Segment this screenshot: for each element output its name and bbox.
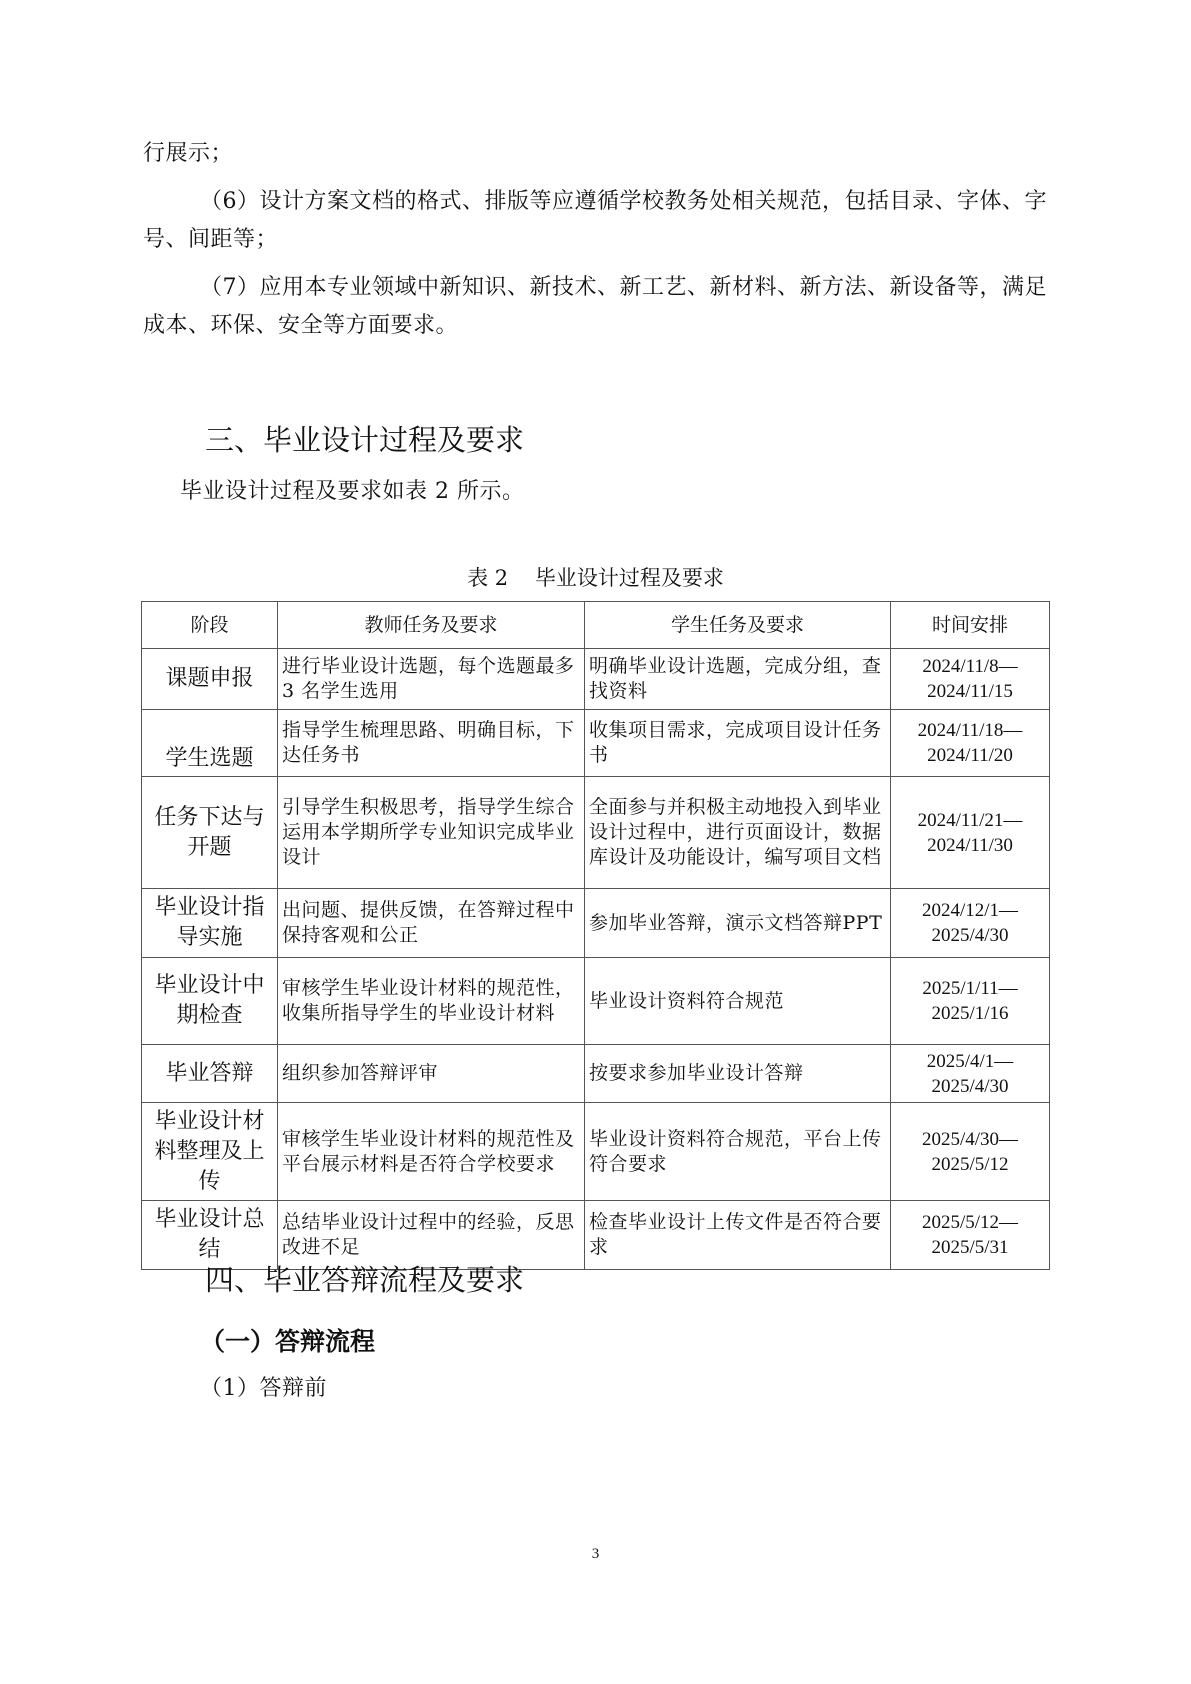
section-heading-4: 四、毕业答辩流程及要求 <box>205 1258 524 1299</box>
cell-teacher: 引导学生积极思考，指导学生综合运用本学期所学专业知识完成毕业设计 <box>278 777 585 889</box>
process-table: 阶段 教师任务及要求 学生任务及要求 时间安排 课题申报 进行毕业设计选题，每个… <box>141 601 1050 1270</box>
cell-student: 按要求参加毕业设计答辩 <box>585 1045 891 1103</box>
table-caption: 表 2 毕业设计过程及要求 <box>0 562 1191 592</box>
cell-teacher: 进行毕业设计选题，每个选题最多 3 名学生选用 <box>278 649 585 710</box>
header-schedule: 时间安排 <box>891 602 1050 649</box>
document-page: 行展示； （6）设计方案文档的格式、排版等应遵循学校教务处相关规范，包括目录、字… <box>0 0 1191 1684</box>
section-heading-3: 三、毕业设计过程及要求 <box>205 418 524 459</box>
table-row: 毕业答辩 组织参加答辩评审 按要求参加毕业设计答辩 2025/4/1—2025/… <box>142 1045 1050 1103</box>
cell-date: 2024/11/8—2024/11/15 <box>891 649 1050 710</box>
header-teacher-tasks: 教师任务及要求 <box>278 602 585 649</box>
table-row: 课题申报 进行毕业设计选题，每个选题最多 3 名学生选用 明确毕业设计选题，完成… <box>142 649 1050 710</box>
table-row: 毕业设计材料整理及上传 审核学生毕业设计材料的规范性及平台展示材料是否符合学校要… <box>142 1103 1050 1201</box>
page-number: 3 <box>0 1546 1191 1563</box>
cell-student: 全面参与并积极主动地投入到毕业设计过程中，进行页面设计，数据库设计及功能设计，编… <box>585 777 891 889</box>
cell-stage: 毕业答辩 <box>142 1045 278 1103</box>
cell-date: 2024/11/18—2024/11/20 <box>891 710 1050 777</box>
cell-stage: 课题申报 <box>142 649 278 710</box>
cell-student: 参加毕业答辩，演示文档答辩PPT <box>585 889 891 958</box>
table-row: 学生选题 指导学生梳理思路、明确目标，下达任务书 收集项目需求，完成项目设计任务… <box>142 710 1050 777</box>
table-row: 毕业设计中期检查 审核学生毕业设计材料的规范性，收集所指导学生的毕业设计材料 毕… <box>142 958 1050 1045</box>
list-item-before-defense: （1）答辩前 <box>200 1370 1040 1408</box>
table-row: 任务下达与开题 引导学生积极思考，指导学生综合运用本学期所学专业知识完成毕业设计… <box>142 777 1050 889</box>
header-stage: 阶段 <box>142 602 278 649</box>
paragraph-continuation: 行展示； <box>143 135 1048 173</box>
cell-teacher: 出问题、提供反馈，在答辩过程中保持客观和公正 <box>278 889 585 958</box>
table-caption-number: 表 2 <box>467 566 508 590</box>
cell-stage: 毕业设计材料整理及上传 <box>142 1103 278 1201</box>
cell-teacher: 审核学生毕业设计材料的规范性及平台展示材料是否符合学校要求 <box>278 1103 585 1201</box>
cell-date: 2024/12/1—2025/4/30 <box>891 889 1050 958</box>
header-student-tasks: 学生任务及要求 <box>585 602 891 649</box>
cell-teacher: 指导学生梳理思路、明确目标，下达任务书 <box>278 710 585 777</box>
cell-stage: 毕业设计指导实施 <box>142 889 278 958</box>
cell-stage: 毕业设计中期检查 <box>142 958 278 1045</box>
cell-student: 毕业设计资料符合规范 <box>585 958 891 1045</box>
paragraph-item-7: （7）应用本专业领域中新知识、新技术、新工艺、新材料、新方法、新设备等，满足成本… <box>143 269 1048 345</box>
table-row: 毕业设计指导实施 出问题、提供反馈，在答辩过程中保持客观和公正 参加毕业答辩，演… <box>142 889 1050 958</box>
cell-date: 2025/5/12—2025/5/31 <box>891 1201 1050 1270</box>
cell-date: 2025/1/11—2025/1/16 <box>891 958 1050 1045</box>
section-3-intro: 毕业设计过程及要求如表 2 所示。 <box>180 473 1040 511</box>
cell-teacher: 组织参加答辩评审 <box>278 1045 585 1103</box>
cell-date: 2024/11/21—2024/11/30 <box>891 777 1050 889</box>
table-caption-title: 毕业设计过程及要求 <box>535 566 724 590</box>
table-header-row: 阶段 教师任务及要求 学生任务及要求 时间安排 <box>142 602 1050 649</box>
cell-stage: 学生选题 <box>142 710 278 777</box>
cell-stage: 任务下达与开题 <box>142 777 278 889</box>
cell-student: 收集项目需求，完成项目设计任务书 <box>585 710 891 777</box>
cell-student: 毕业设计资料符合规范，平台上传符合要求 <box>585 1103 891 1201</box>
cell-student: 明确毕业设计选题，完成分组，查找资料 <box>585 649 891 710</box>
paragraph-item-6: （6）设计方案文档的格式、排版等应遵循学校教务处相关规范，包括目录、字体、字号、… <box>143 183 1048 259</box>
cell-date: 2025/4/30—2025/5/12 <box>891 1103 1050 1201</box>
subsection-heading-defense-process: （一）答辩流程 <box>200 1322 375 1358</box>
cell-date: 2025/4/1—2025/4/30 <box>891 1045 1050 1103</box>
cell-teacher: 审核学生毕业设计材料的规范性，收集所指导学生的毕业设计材料 <box>278 958 585 1045</box>
cell-student: 检查毕业设计上传文件是否符合要求 <box>585 1201 891 1270</box>
